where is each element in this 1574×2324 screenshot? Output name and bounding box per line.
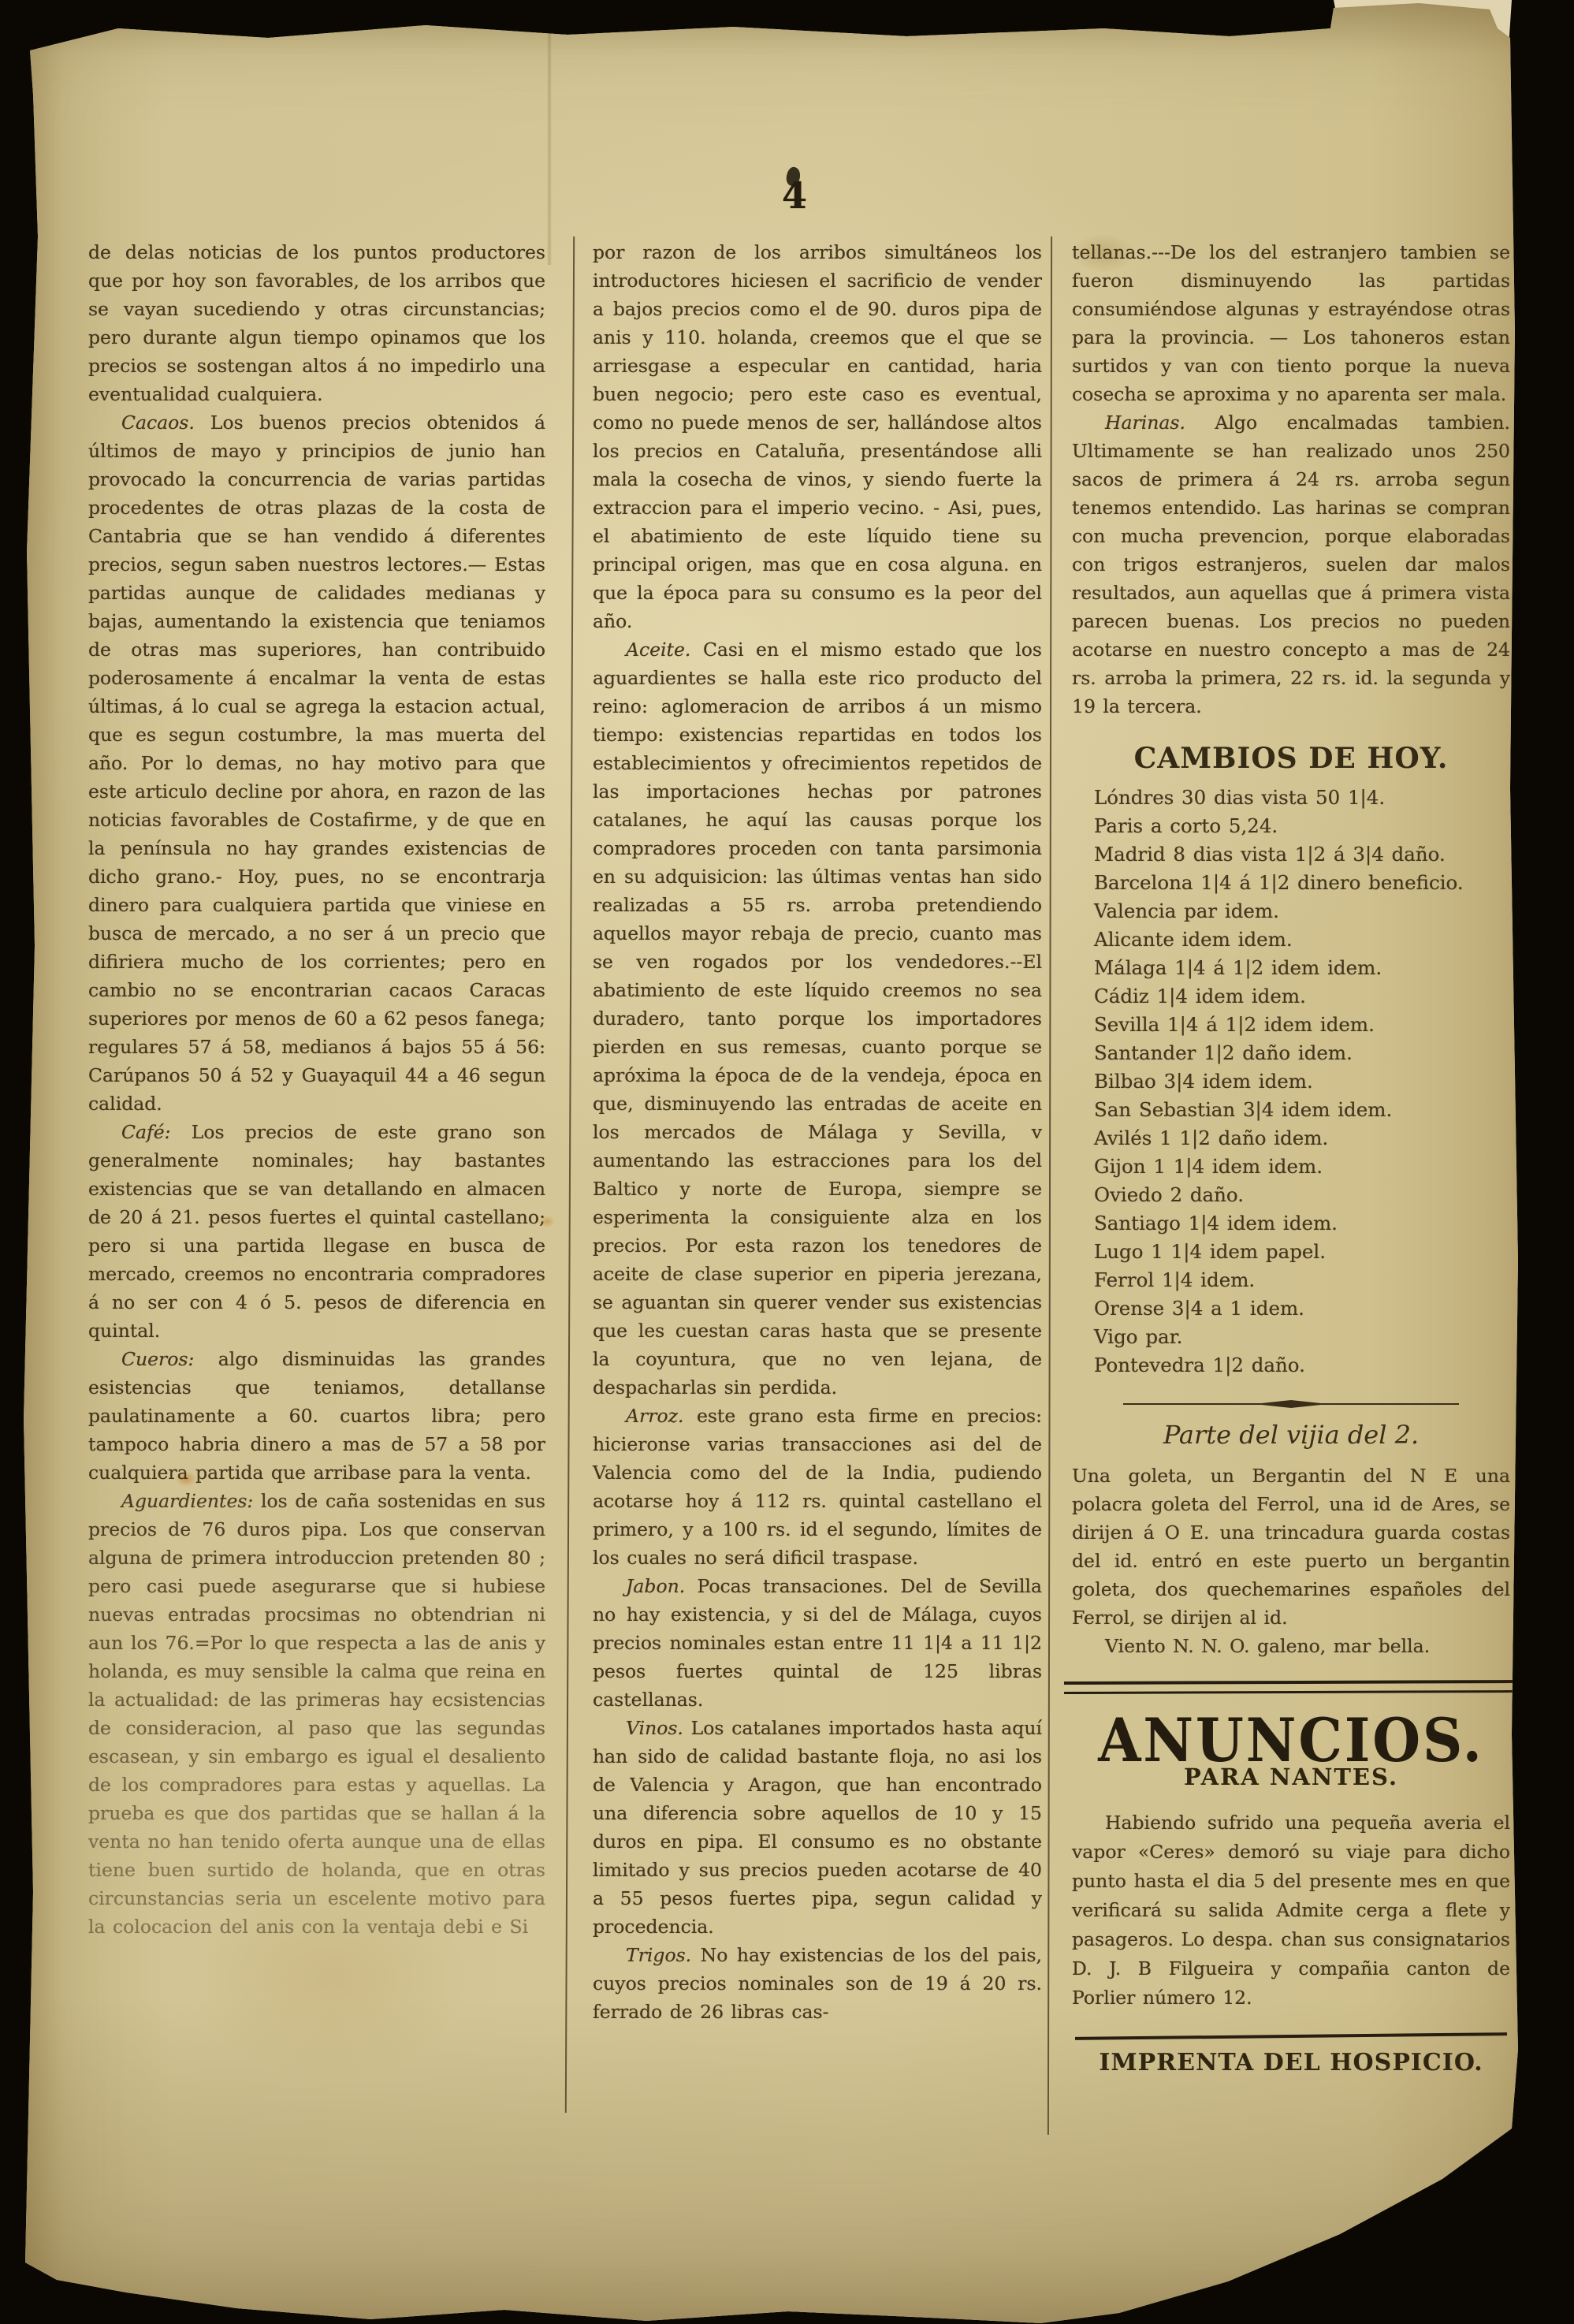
- ornament-divider-icon: [1122, 1398, 1461, 1410]
- newspaper-page: 4 de delas noticias de los puntos produc…: [0, 0, 1574, 2324]
- cambios-item: Vigo par.: [1094, 1323, 1510, 1351]
- paragraph: Una goleta, un Bergantin del N E una pol…: [1072, 1462, 1510, 1632]
- paragraph: Viento N. N. O. galeno, mar bella.: [1072, 1632, 1510, 1660]
- paragraph-lead: Café:: [121, 1121, 171, 1143]
- paragraph-lead: Cacaos.: [121, 412, 195, 434]
- paragraph-text: por razon de los arribos simultáneos los…: [593, 241, 1042, 632]
- parte-heading: Parte del vijia del 2.: [1072, 1421, 1510, 1449]
- paragraph-text: Viento N. N. O. galeno, mar bella.: [1105, 1635, 1430, 1657]
- anuncios-heading: ANUNCIOS.: [1089, 1726, 1493, 1755]
- paragraph-text: Los buenos precios obtenidos á últimos d…: [88, 412, 545, 1115]
- cambios-item: Cádiz 1|4 idem idem.: [1094, 982, 1510, 1011]
- column-2: por razon de los arribos simultáneos los…: [593, 238, 1042, 2026]
- double-rule: [1064, 1680, 1526, 1694]
- paragraph: Aceite. Casi en el mismo estado que los …: [593, 635, 1042, 1402]
- paragraph-text: este grano esta firme en precios: hicier…: [593, 1405, 1042, 1569]
- scan-stage: 4 de delas noticias de los puntos produc…: [0, 0, 1574, 2324]
- cambios-item: Madrid 8 dias vista 1|2 á 3|4 daño.: [1094, 840, 1510, 869]
- paragraph: Trigos. No hay existencias de los del pa…: [593, 1941, 1042, 2026]
- paragraph-text: Casi en el mismo estado que los aguardie…: [593, 639, 1042, 1398]
- column-3: tellanas.---De los del estranjero tambie…: [1072, 238, 1510, 2077]
- cambios-item: Lugo 1 1|4 idem papel.: [1094, 1238, 1510, 1266]
- paragraph-text: Los precios de este grano son generalmen…: [88, 1121, 545, 1342]
- paragraph: Jabon. Pocas transaciones. Del de Sevill…: [593, 1572, 1042, 1714]
- paragraph: Harinas. Algo encalmadas tambien. Ultima…: [1072, 408, 1510, 721]
- cambios-item: Alicante idem idem.: [1094, 926, 1510, 954]
- paragraph-lead: Cueros:: [121, 1348, 194, 1370]
- paragraph-text: los de caña sostenidas en sus precios de…: [88, 1490, 545, 1938]
- page-number: 4: [782, 181, 807, 210]
- cambios-item: Santander 1|2 daño idem.: [1094, 1039, 1510, 1067]
- column-divider-right: [1047, 236, 1052, 2135]
- footer-rule: [1075, 2032, 1507, 2040]
- paragraph: Cueros: algo disminuidas las grandes esi…: [88, 1345, 545, 1487]
- cambios-item: Sevilla 1|4 á 1|2 idem idem.: [1094, 1011, 1510, 1039]
- paragraph-lead: Jabon.: [626, 1575, 685, 1597]
- cambios-item: Málaga 1|4 á 1|2 idem idem.: [1094, 954, 1510, 982]
- cambios-item: San Sebastian 3|4 idem idem.: [1094, 1096, 1510, 1124]
- paragraph: por razon de los arribos simultáneos los…: [593, 238, 1042, 635]
- paragraph-lead: Aceite.: [626, 639, 690, 661]
- anuncios-body: Habiendo sufrido una pequeña averia el v…: [1072, 1808, 1510, 2013]
- parte-body: Una goleta, un Bergantin del N E una pol…: [1072, 1462, 1510, 1660]
- cambios-item: Barcelona 1|4 á 1|2 dinero beneficio.: [1094, 869, 1510, 897]
- paragraph: Aguardientes: los de caña sostenidas en …: [88, 1487, 545, 1941]
- cambios-item: Lóndres 30 dias vista 50 1|4.: [1094, 784, 1510, 812]
- paragraph: Cacaos. Los buenos precios obtenidos á ú…: [88, 408, 545, 1118]
- column-3-intro: tellanas.---De los del estranjero tambie…: [1072, 238, 1510, 721]
- paragraph: Café: Los precios de este grano son gene…: [88, 1118, 545, 1345]
- cambios-item: Orense 3|4 a 1 idem.: [1094, 1294, 1510, 1323]
- paragraph: de delas noticias de los puntos producto…: [88, 238, 545, 408]
- cambios-item: Pontevedra 1|2 daño.: [1094, 1351, 1510, 1380]
- cambios-heading: CAMBIOS DE HOY.: [1072, 744, 1510, 773]
- paragraph-text: de delas noticias de los puntos producto…: [88, 241, 545, 405]
- cambios-list: Lóndres 30 dias vista 50 1|4. Paris a co…: [1072, 784, 1510, 1380]
- fold-crease: [547, 28, 552, 265]
- paragraph: Vinos. Los catalanes importados hasta aq…: [593, 1714, 1042, 1941]
- paragraph: tellanas.---De los del estranjero tambie…: [1072, 238, 1510, 408]
- cambios-item: Oviedo 2 daño.: [1094, 1181, 1510, 1209]
- paragraph-lead: Aguardientes:: [121, 1490, 253, 1512]
- paragraph-lead: Arroz.: [626, 1405, 683, 1427]
- column-divider-left: [565, 236, 575, 2113]
- paragraph-text: Una goleta, un Bergantin del N E una pol…: [1072, 1465, 1510, 1629]
- paragraph-text: Los catalanes importados hasta aquí han …: [593, 1717, 1042, 1938]
- cambios-item: Gijon 1 1|4 idem idem.: [1094, 1153, 1510, 1181]
- cambios-item: Ferrol 1|4 idem.: [1094, 1266, 1510, 1294]
- cambios-item: Santiago 1|4 idem idem.: [1094, 1209, 1510, 1238]
- cambios-item: Bilbao 3|4 idem idem.: [1094, 1067, 1510, 1096]
- cambios-item: Paris a corto 5,24.: [1094, 812, 1510, 840]
- paragraph-text: tellanas.---De los del estranjero tambie…: [1072, 241, 1510, 405]
- paragraph-lead: Harinas.: [1105, 412, 1185, 434]
- paragraph: Arroz. este grano esta firme en precios:…: [593, 1402, 1042, 1572]
- paragraph-text: Algo encalmadas tambien. Ultimamente se …: [1072, 412, 1510, 717]
- imprenta-footer: IMPRENTA DEL HOSPICIO.: [1072, 2049, 1510, 2077]
- paragraph-lead: Trigos.: [626, 1944, 691, 1966]
- cambios-item: Avilés 1 1|2 daño idem.: [1094, 1124, 1510, 1153]
- cambios-item: Valencia par idem.: [1094, 897, 1510, 926]
- paragraph-lead: Vinos.: [626, 1717, 683, 1739]
- column-1: de delas noticias de los puntos producto…: [88, 238, 545, 1941]
- scanned-newspaper-screenshot: { "page_number": "4", "footer": "IMPRENT…: [0, 0, 1574, 2324]
